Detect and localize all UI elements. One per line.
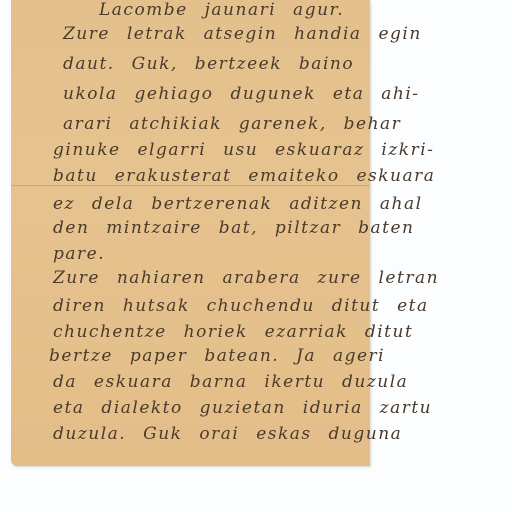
letter-line: daut. Guk, bertzeek baino bbox=[63, 54, 354, 74]
letter-page: Lacombe jaunari agur. Zure letrak atsegi… bbox=[11, 0, 370, 466]
letter-line: Zure nahiaren arabera zure letran bbox=[53, 268, 439, 288]
letter-line: arari atchikiak garenek, behar bbox=[63, 114, 401, 134]
letter-line: diren hutsak chuchendu ditut eta bbox=[53, 296, 429, 316]
letter-line: ginuke elgarri usu eskuaraz izkri- bbox=[53, 140, 434, 160]
letter-line: ukola gehiago dugunek eta ahi- bbox=[63, 84, 420, 104]
letter-line: ez dela bertzerenak aditzen ahal bbox=[53, 194, 423, 214]
letter-line: eta dialekto guzietan iduria zartu bbox=[53, 398, 432, 418]
letter-line: Zure letrak atsegin handia egin bbox=[63, 24, 422, 44]
letter-line: pare. bbox=[53, 244, 105, 264]
letter-line: chuchentze horiek ezarriak ditut bbox=[53, 322, 413, 342]
letter-line: batu erakusterat emaiteko eskuara bbox=[53, 166, 435, 186]
letter-line: bertze paper batean. Ja ageri bbox=[49, 346, 385, 366]
letter-salutation: Lacombe jaunari agur. bbox=[99, 0, 344, 20]
letter-line: duzula. Guk orai eskas duguna bbox=[53, 424, 402, 444]
letter-line: den mintzaire bat, piltzar baten bbox=[53, 218, 414, 238]
letter-line: da eskuara barna ikertu duzula bbox=[53, 372, 408, 392]
